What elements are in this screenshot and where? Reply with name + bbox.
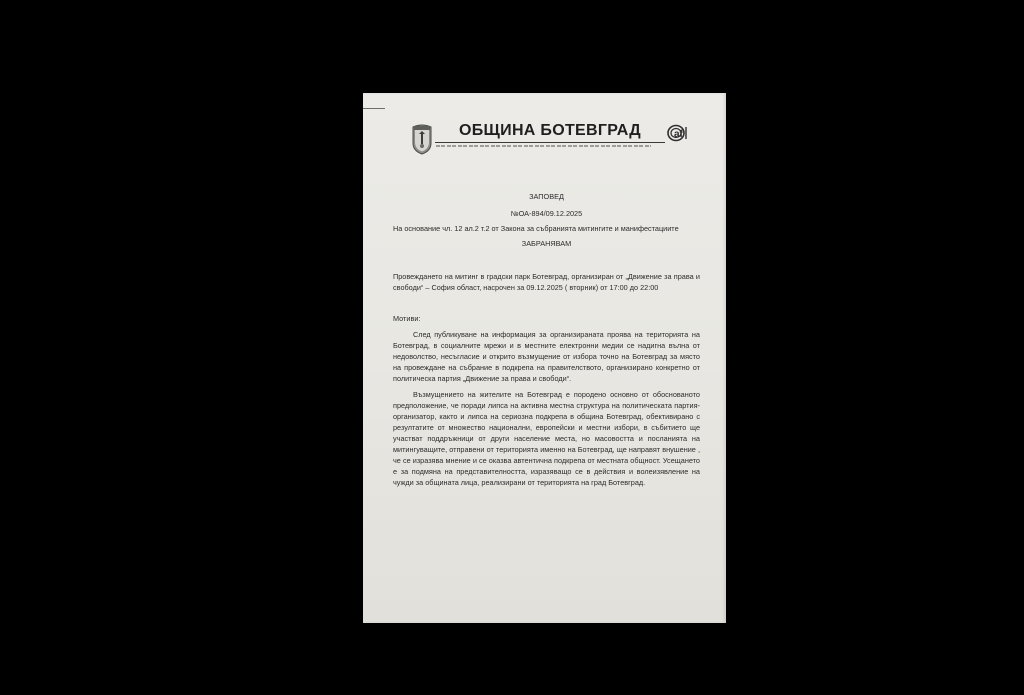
organization-name: ОБЩИНА БОТЕВГРАД — [459, 122, 641, 140]
order-body: ЗАПОВЕД №ОА-894/09.12.2025 На основание … — [393, 191, 700, 493]
order-title: ЗАПОВЕД — [393, 191, 700, 202]
legal-basis: На основание чл. 12 ал.2 т.2 от Закона з… — [393, 223, 700, 234]
motive-paragraph: Възмущението на жителите на Ботевград е … — [393, 389, 700, 488]
svg-text:af: af — [674, 129, 684, 140]
order-number: №ОА-894/09.12.2025 — [393, 208, 700, 219]
decision-heading: ЗАБРАНЯВАМ — [393, 238, 700, 249]
document-page: ОБЩИНА БОТЕВГРАД af ЗАПОВЕД №ОА-894/09.1… — [363, 93, 726, 623]
margin-mark — [363, 108, 385, 109]
letterhead: ОБЩИНА БОТЕВГРАД af — [411, 121, 671, 161]
motive-paragraph: След публикуване на информация за органи… — [393, 329, 700, 384]
letterhead-address-line — [436, 145, 651, 147]
letterhead-rule — [435, 142, 665, 143]
motives-label: Мотиви: — [393, 313, 700, 324]
certification-logo-icon: af — [667, 124, 691, 142]
order-subject: Провеждането на митинг в градски парк Бо… — [393, 271, 700, 293]
municipal-coat-of-arms-icon — [411, 123, 433, 155]
